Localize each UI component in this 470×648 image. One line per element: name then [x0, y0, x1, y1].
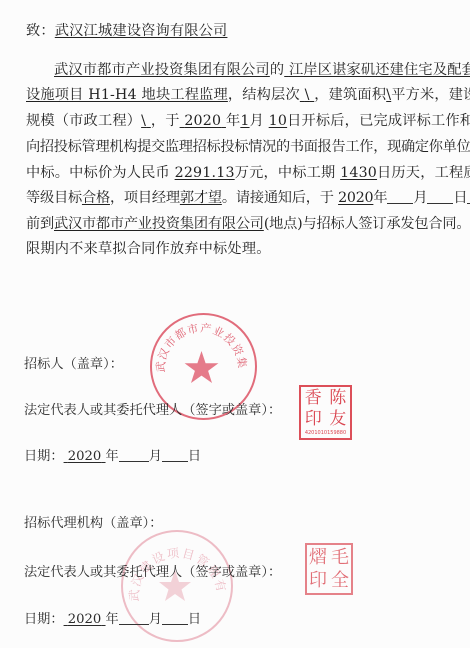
agency-seal-label: 招标代理机构（盖章）： [24, 515, 162, 533]
text: 日期： [24, 449, 64, 464]
text: 印 [307, 570, 329, 593]
scale-value: \ [141, 113, 151, 129]
body-line-6: 等级目标合格，项目经理郭才望。请接通知后，于 2020年月日时 [26, 189, 456, 207]
text: \ [305, 87, 310, 103]
text: 日 [188, 449, 201, 464]
text: 日历天，工程质量 [377, 165, 470, 181]
open-year: 2020 [180, 113, 226, 129]
text: 。请接通知后，于 [222, 190, 334, 206]
body-line-3: 规模（市政工程）\ ，于 2020 年1月 10日开标后，已完成评标工作和 [26, 112, 456, 130]
text: 中标。中标价为人民币 [26, 165, 170, 181]
tenderer-rep-label: 法定代表人或其委托代理人（签字或盖章）： [24, 402, 281, 420]
quality-target: 合格 [82, 190, 110, 206]
sign-location: 武汉市都市产业投资集团有限公司 [54, 216, 264, 232]
project-name-part1: 江岸区谌家矶还建住宅及配套 [284, 62, 470, 78]
body-line-1: 武汉市都市产业投资集团有限公司的 江岸区谌家矶还建住宅及配套 [54, 61, 456, 79]
text: 印 [301, 410, 326, 431]
agency-month-blank [119, 610, 149, 625]
addressee-label: 致： [26, 23, 55, 39]
text: 年 [106, 612, 119, 627]
addressee-line: 致：武汉江城建设咨询有限公司 [26, 22, 456, 40]
text: (地点)与招标人签订承发包合同。 [264, 216, 470, 232]
body-line-2: 设施项目 H1-H4 地块工程监理，结构层次 \ ，建筑面积\平方米，建设 [26, 86, 456, 104]
agency-date-year: 2020 [64, 612, 106, 627]
duration: 1430 [340, 165, 377, 181]
text: ，于 [151, 113, 180, 129]
sign-month-blank [387, 189, 413, 204]
text: ，结构层次 [228, 87, 300, 103]
seal-code: 4201010159880 [301, 430, 350, 438]
text: \ [141, 113, 146, 129]
agency-rep-label: 法定代表人或其委托代理人（签字或盖章）： [24, 564, 281, 582]
text: 2020 [184, 113, 221, 129]
text: 规模（市政工程） [26, 113, 141, 129]
body-line-8: 限期内不来草拟合同作放弃中标处理。 [26, 240, 456, 258]
text: 等级目标 [26, 190, 82, 206]
agency-date: 日期： 2020 年月日 [24, 610, 201, 629]
text: ，项目经理 [110, 190, 180, 206]
agency-day-blank [162, 610, 188, 625]
body-line-5: 中标。中标价为人民币 2291.13万元，中标工期 1430日历天，工程质量 [26, 164, 456, 182]
structure-value: \ [300, 87, 314, 103]
open-month: 1 [240, 113, 249, 129]
sign-day-blank [427, 189, 453, 204]
open-day: 10 [269, 113, 287, 129]
addressee-name: 武汉江城建设咨询有限公司 [55, 23, 228, 39]
text: 全 [329, 570, 351, 593]
text: 陈 [326, 389, 351, 410]
text: 日开标后，已完成评标工作和 [287, 113, 470, 129]
tenderer-date-year: 2020 [64, 449, 106, 464]
text: 月 [413, 190, 427, 206]
tenderer-name: 武汉市都市产业投资集团有限公司 [54, 62, 270, 78]
text: 香 [301, 389, 326, 410]
tenderer-month-blank [119, 447, 149, 462]
text: 友 [326, 410, 351, 431]
text: 日期： [24, 612, 64, 627]
text: 前到 [26, 216, 54, 232]
tenderer-date: 日期： 2020 年月日 [24, 447, 201, 466]
text: 万元，中标工期 [235, 165, 336, 181]
text: 日 [453, 190, 467, 206]
text: 2020 [68, 612, 102, 627]
text: 毛 [329, 547, 351, 570]
text: 平方米，建设 [391, 87, 470, 103]
bid-price: 2291.13 [175, 165, 235, 181]
tenderer-rep-seal: 香 陈 印 友 4201010159880 [299, 385, 352, 440]
body-line-7: 前到武汉市都市产业投资集团有限公司(地点)与招标人签订承发包合同。 [26, 215, 456, 233]
sign-year: 2020 [338, 190, 373, 206]
text: 月 [149, 612, 162, 627]
text: 年 [106, 449, 119, 464]
project-name-part2: 设施项目 H1-H4 地块工程监理 [26, 87, 228, 103]
agency-rep-seal: 熠 毛 印 全 [305, 543, 353, 595]
text: 月 [250, 113, 264, 129]
text: 江岸区谌家矶还建住宅及配套 [289, 62, 470, 78]
text: 年 [226, 113, 240, 129]
text: 的 [270, 62, 284, 78]
project-manager: 郭才望 [180, 190, 222, 206]
text: 熠 [307, 547, 329, 570]
body-line-4: 向招投标管理机构提交监理招标投标情况的书面报告工作，现确定你单位 [26, 138, 456, 156]
document-page: 致：武汉江城建设咨询有限公司 武汉市都市产业投资集团有限公司的 江岸区谌家矶还建… [0, 0, 470, 648]
tenderer-day-blank [162, 447, 188, 462]
text: 2020 [68, 449, 102, 464]
text: 日 [188, 612, 201, 627]
text: 月 [149, 449, 162, 464]
text: ，建筑面积 [314, 87, 386, 103]
text: 年 [373, 190, 387, 206]
tenderer-seal-label: 招标人（盖章）： [24, 356, 123, 374]
star-icon: 武汉市都市产业投资集团有限公司 [150, 313, 253, 416]
